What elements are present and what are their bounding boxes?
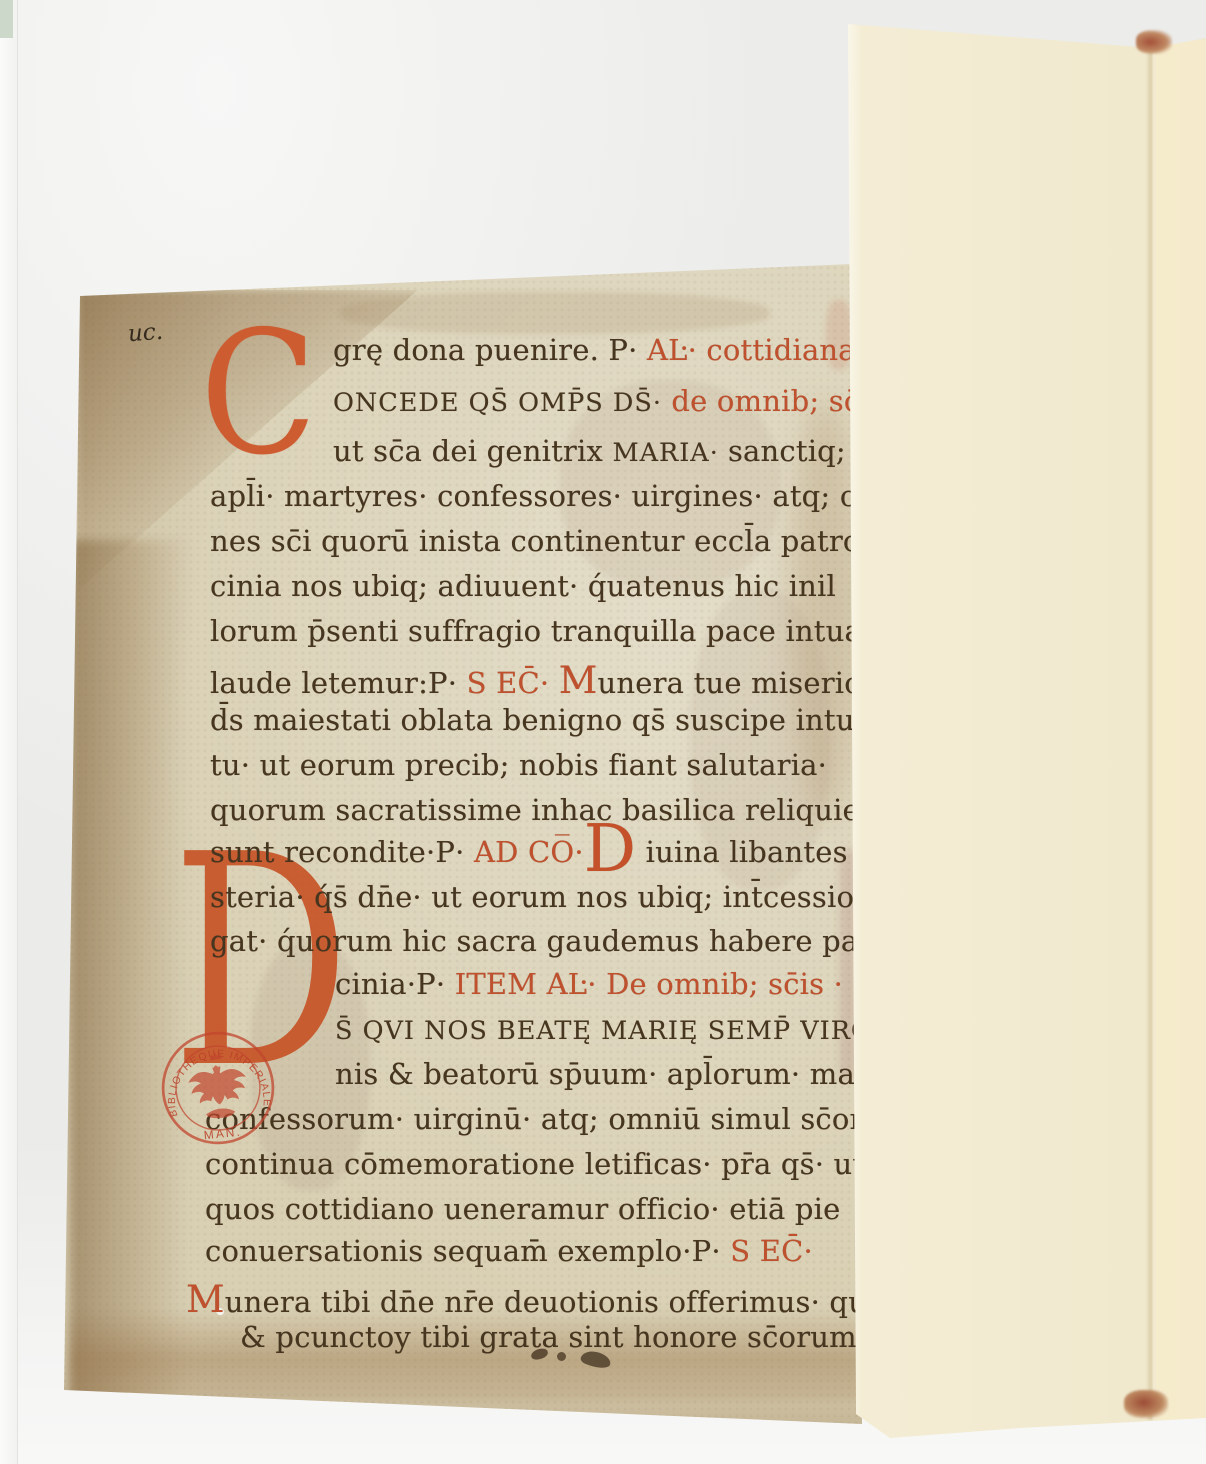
parchment-hole xyxy=(66,378,73,387)
text-line: Munera tibi dn̄e nr̄e deuotionis offerim… xyxy=(186,1277,884,1321)
text-segment: laude letemur:P· xyxy=(210,666,467,700)
text-segment: conuersationis sequam̄ exemplo·P· xyxy=(205,1234,730,1268)
guard-leaf-fold-panel xyxy=(1156,40,1206,1420)
marbled-cover-corner-bottom xyxy=(1124,1390,1168,1418)
text-line: tu· ut eorum precib; nobis fiant salutar… xyxy=(210,748,827,782)
illuminated-initial-c: C xyxy=(200,318,317,471)
text-segment: nes sc̄i quorū inista continentur eccl̄… xyxy=(210,524,861,558)
text-line: continua cōmemoratione letificas· pr̄a … xyxy=(205,1147,864,1181)
text-segment: unera tibi dn̄e nr̄e deuotionis offerimu… xyxy=(225,1285,885,1319)
text-segment: S̄ QVI NOS BEATĘ MARIĘ SEMP̄ VIRGI xyxy=(335,1016,883,1046)
text-line: apl̄i· martyres· confessores· uirgines· … xyxy=(210,479,885,513)
handwritten-folio-note: uc. xyxy=(127,319,164,347)
text-line: S̄ QVI NOS BEATĘ MARIĘ SEMP̄ VIRGI xyxy=(335,1012,883,1046)
text-line: lorum p̄senti suffragio tranquilla pace … xyxy=(210,614,862,648)
text-segment: S EC̄· xyxy=(730,1234,813,1268)
text-segment: ITEM AĿ· xyxy=(455,967,606,1001)
text-segment: d̄s maiestati oblata benigno qs̄ suscipe… xyxy=(210,703,864,737)
text-line: cinia nos ubiq; adiuuent· q́uatenus hic … xyxy=(210,569,836,603)
text-segment: gat· q́uorum hic sacra gaudemus habere p… xyxy=(210,924,902,958)
text-segment: S EC̄· xyxy=(467,666,559,700)
show-through-text xyxy=(340,292,770,334)
text-segment: ONCEDE QS̄ OMP̄S DS̄· xyxy=(333,388,662,418)
scan-corner-sliver xyxy=(0,0,13,38)
text-segment: grę dona puenire. P· xyxy=(333,333,647,367)
text-segment: lorum p̄senti suffragio tranquilla pace … xyxy=(210,614,862,648)
text-segment: AD CO̅· xyxy=(474,835,584,869)
text-line: & pcunctoy tibi grata sint honore sc̄oru… xyxy=(240,1320,902,1354)
text-segment: De omnib; sc̄is · xyxy=(606,967,843,1001)
text-segment: MARIA· xyxy=(612,438,728,468)
text-line: quorum sacratissime inhac basilica reliq… xyxy=(210,793,860,827)
text-segment: apl̄i· martyres· confessores· uirgines· … xyxy=(210,479,885,513)
text-segment: quos cottidiano ueneramur officio· etiā… xyxy=(205,1192,840,1226)
text-segment: tu· ut eorum precib; nobis fiant salutar… xyxy=(210,748,827,782)
text-line: cinia·P· ITEM AĿ· De omnib; sc̄is · xyxy=(335,967,843,1001)
text-line: sunt recondite·P· AD CO̅·D iuina libante… xyxy=(210,835,901,869)
text-segment: M xyxy=(559,658,598,702)
text-segment: & pcunctoy tibi grata sint honore sc̄oru… xyxy=(240,1320,902,1354)
text-line: confessorum· uirginū· atq; omniū simul… xyxy=(205,1102,910,1136)
text-line: d̄s maiestati oblata benigno qs̄ suscipe… xyxy=(210,703,864,737)
text-segment: steria· q́s̄ dn̄e· ut eorum nos ubiq; in… xyxy=(210,880,912,914)
text-segment: ut sc̄a dei genitrix xyxy=(333,434,612,468)
text-line: grę dona puenire. P· AĿ· cottidiana · xyxy=(333,333,875,367)
scan-edge-strip xyxy=(0,0,18,1464)
text-line: gat· q́uorum hic sacra gaudemus habere p… xyxy=(210,924,902,958)
text-line: quos cottidiano ueneramur officio· etiā… xyxy=(205,1192,840,1226)
text-segment: cinia·P· xyxy=(335,967,455,1001)
text-line: ONCEDE QS̄ OMP̄S DS̄· de omnib; sc̄is · xyxy=(333,384,904,418)
text-segment: sunt recondite·P· xyxy=(210,835,474,869)
marbled-cover-corner-top xyxy=(1136,30,1172,54)
text-line: laude letemur:P· S EC̄· Munera tue miser… xyxy=(210,658,908,702)
library-stamp: BIBLIOTHEQUE IMPERIALE MAN. xyxy=(154,1024,281,1151)
text-segment: M xyxy=(186,1277,225,1321)
text-line: nes sc̄i quorū inista continentur eccl̄… xyxy=(210,524,861,558)
guard-leaf-crease xyxy=(1146,46,1156,1420)
ink-blot xyxy=(557,1352,566,1361)
text-segment: quorum sacratissime inhac basilica reliq… xyxy=(210,793,860,827)
manuscript-photo: uc. C D grę dona puenire. P· AĿ· cottidi… xyxy=(0,0,1206,1464)
text-segment: continua cōmemoratione letificas· pr̄a … xyxy=(205,1147,864,1181)
text-segment: AĿ· cottidiana · xyxy=(647,333,875,367)
text-line: conuersationis sequam̄ exemplo·P· S EC̄· xyxy=(205,1234,813,1268)
text-segment: D xyxy=(584,811,637,887)
text-segment: confessorum· uirginū· atq; omniū simul… xyxy=(205,1102,910,1136)
text-segment: cinia nos ubiq; adiuuent· q́uatenus hic … xyxy=(210,569,836,603)
text-line: steria· q́s̄ dn̄e· ut eorum nos ubiq; in… xyxy=(210,880,912,914)
text-line: ut sc̄a dei genitrix MARIA· sanctiq; tui xyxy=(333,434,896,468)
